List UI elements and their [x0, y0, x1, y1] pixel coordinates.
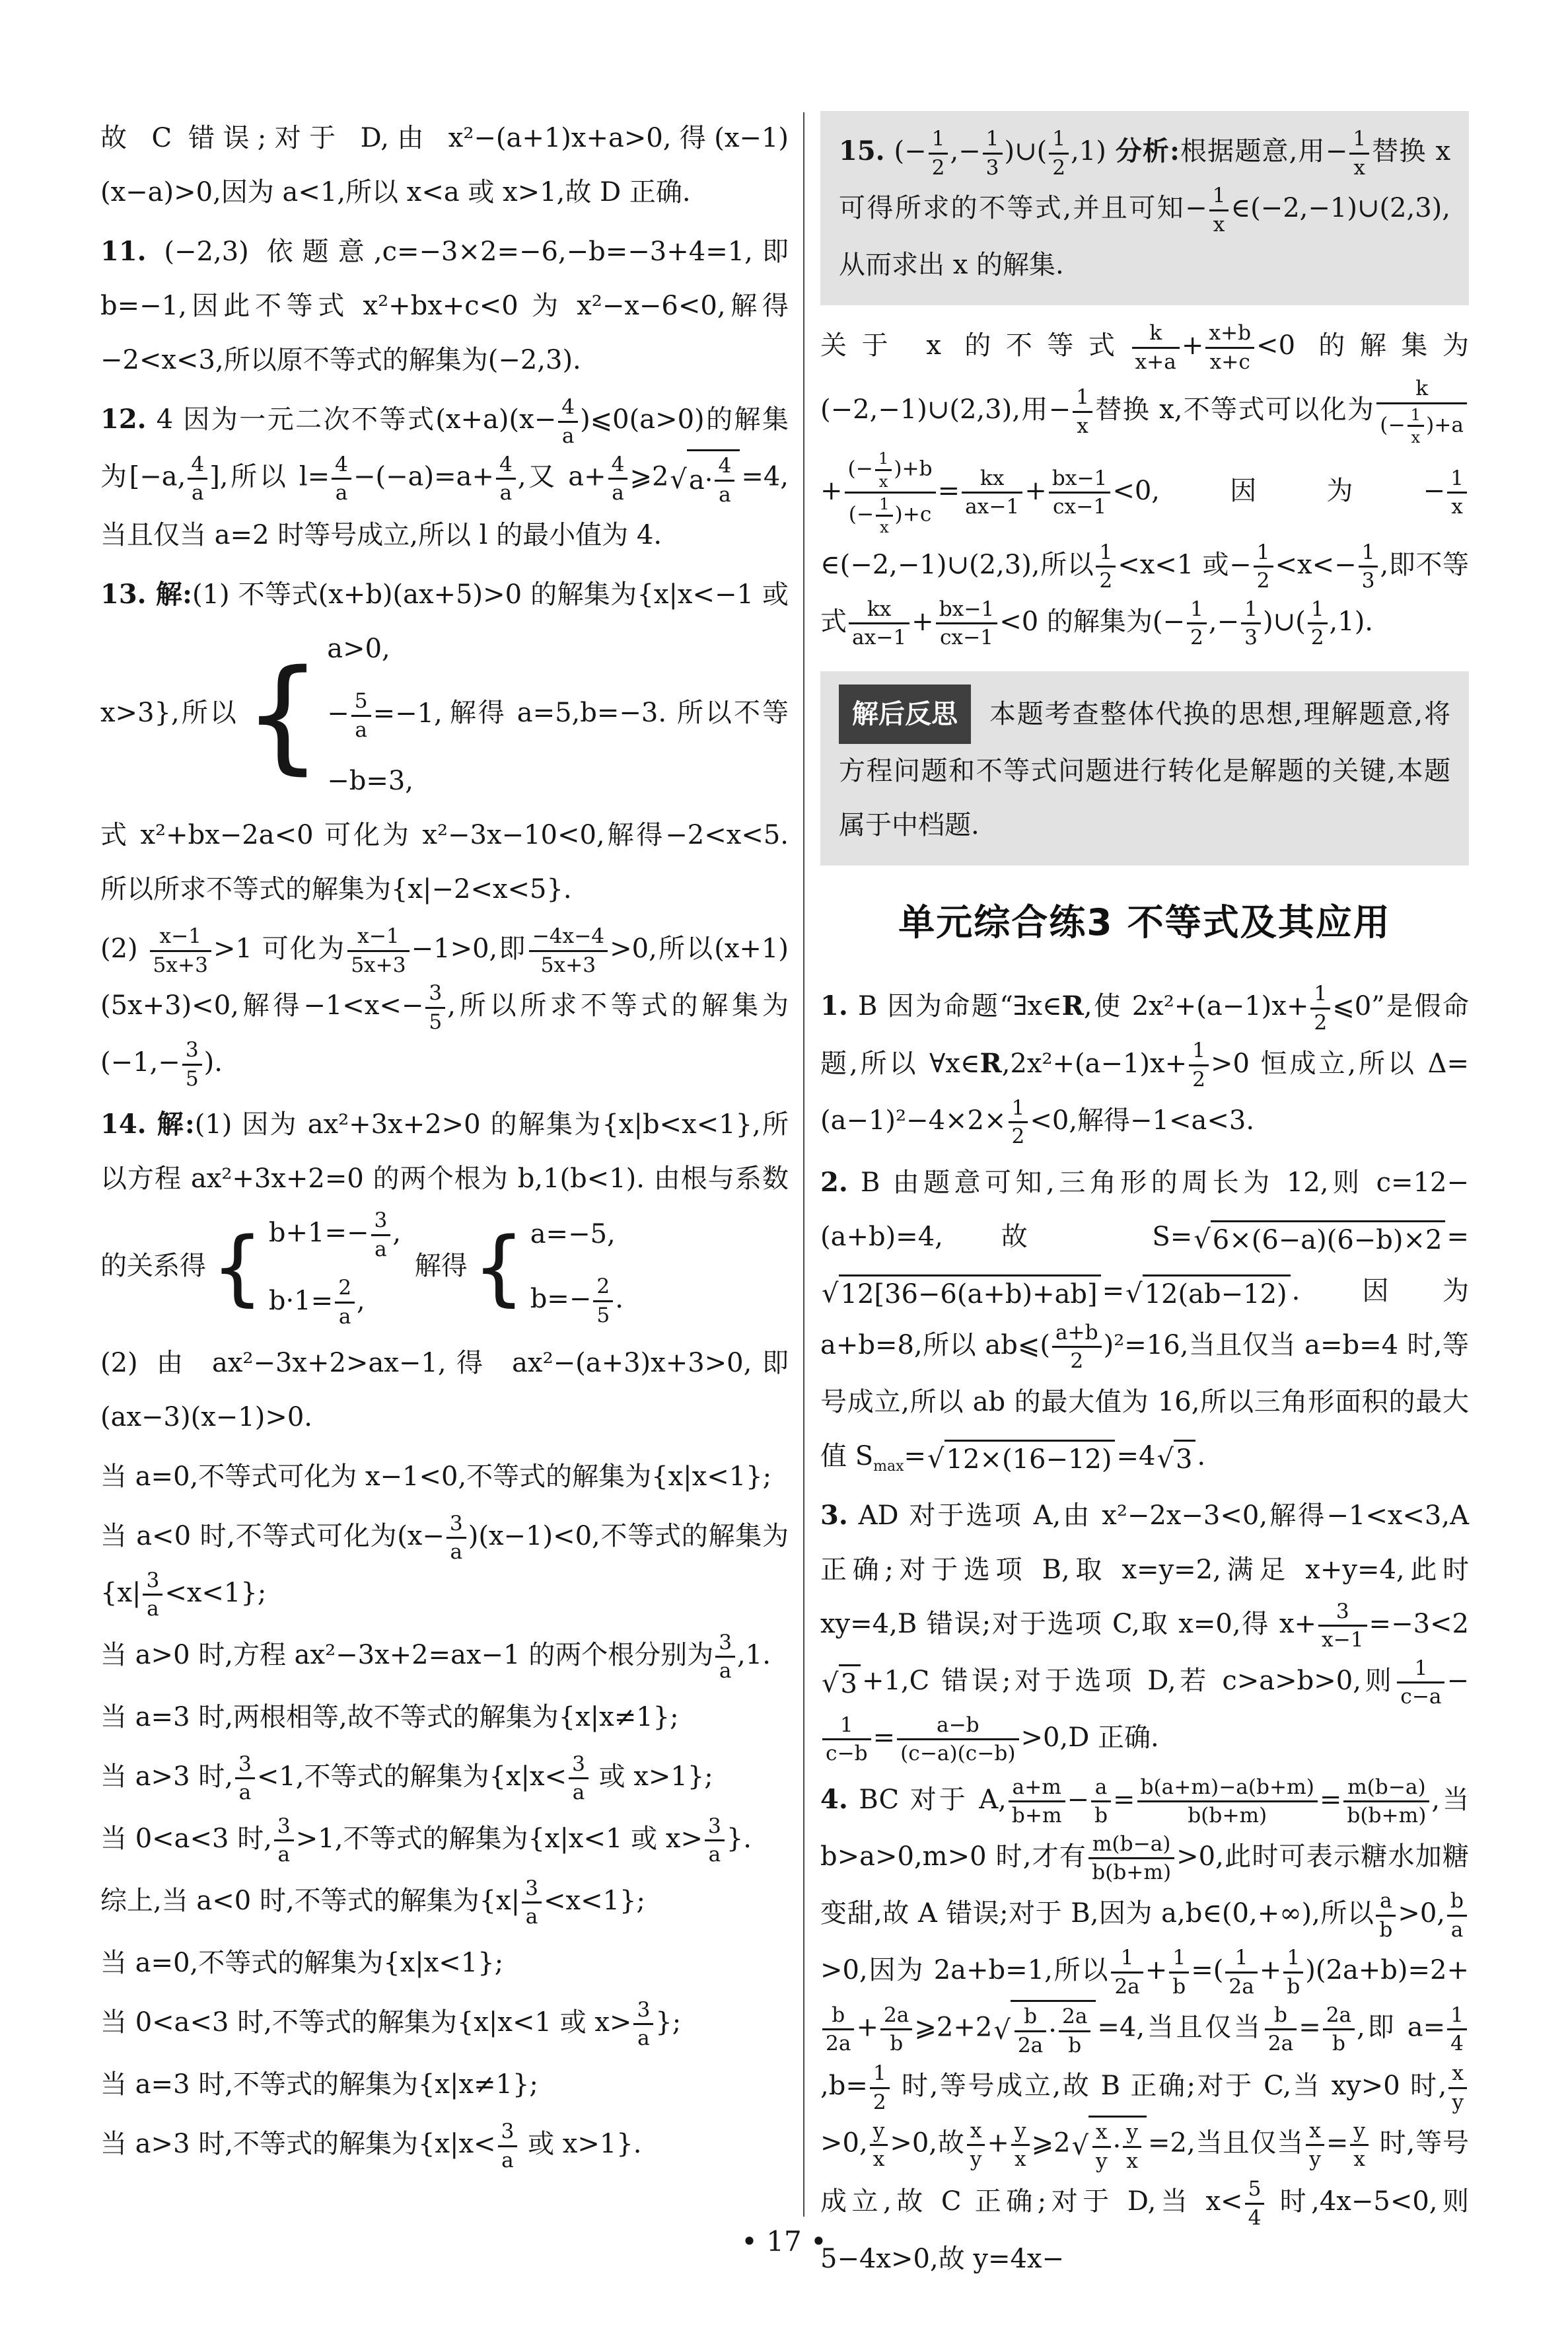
fraction: x−15x+3 [150, 923, 211, 978]
fraction: ba [1447, 1888, 1467, 1943]
fraction: 1x [1073, 384, 1092, 439]
paragraph: 4. BC 对于 A,a+mb+m−ab=b(a+m)−a(b+m)b(b+m)… [820, 1773, 1469, 2286]
fraction: a+mb+m [1009, 1774, 1065, 1829]
fraction: 12 [1009, 1095, 1028, 1150]
fraction: 3a [235, 1751, 255, 1806]
fraction: 3a [569, 1751, 588, 1806]
section-heading: 单元综合练3 不等式及其应用 [820, 885, 1469, 960]
fraction: 12 [1254, 539, 1273, 595]
fraction: yx [1011, 2118, 1030, 2173]
paragraph: 当 a=3 时,不等式的解集为{x|x≠1}; [100, 2057, 789, 2112]
fraction: x+bx+c [1205, 320, 1254, 375]
paragraph: 当 0<a<3 时,不等式的解集为{x|x<1 或 x>3a}; [100, 1995, 789, 2052]
fraction: 5a [351, 688, 371, 743]
right-column: 15. (−12,−13)∪(12,1) 分析:根据题意,用−1x替换 x 可得… [820, 111, 1469, 2291]
paragraph: 当 a<0 时,不等式可化为(x−3a)(x−1)<0,不等式的解集为{x|3a… [100, 1509, 789, 1623]
equation-system: {a>0,−5a=−1,−b=3, [244, 622, 443, 808]
fraction: 12 [1310, 980, 1330, 1036]
fraction: 12 [1189, 1037, 1209, 1093]
fraction: xy [1448, 2060, 1467, 2116]
paragraph: 11. (−2,3) 依题意,c=−3×2=−6,−b=−3+4=1,即 b=−… [100, 225, 789, 387]
fraction: 35 [182, 1037, 202, 1092]
fraction: 1c−a [1397, 1655, 1444, 1711]
fraction: 1x [1349, 126, 1369, 181]
reflection-box: 解后反思本题考查整体代换的思想,理解题意,将方程问题和不等式问题进行转化是解题的… [820, 671, 1469, 866]
fraction: 13 [1359, 539, 1378, 595]
fraction: 12a [1111, 1944, 1143, 2000]
paragraph: 当 0<a<3 时,3a>1,不等式的解集为{x|x<1 或 x>3a}. [100, 1812, 789, 1868]
square-root: √12[36−6(a+b)+ab] [822, 1274, 1101, 1311]
fraction: b2a [1015, 2003, 1046, 2059]
paragraph: 12. 4 因为一元二次不等式(x+a)(x−4a)⩽0(a>0)的解集为[−a… [100, 392, 789, 562]
fraction: 3a [715, 1629, 735, 1685]
paragraph: 1. B 因为命题“∃x∈R,使 2x²+(a−1)x+12⩽0”是假命题,所以… [820, 979, 1469, 1150]
fraction: 4a [332, 451, 351, 507]
paragraph: 当 a>0 时,方程 ax²−3x+2=ax−1 的两个根分别为3a,1. [100, 1628, 789, 1685]
equation-system: {b+1=−3a,b·1=2a, [211, 1206, 401, 1330]
fraction: 12 [1187, 596, 1207, 651]
fraction: 4a [558, 394, 578, 449]
left-column: 故 C 错误;对于 D,由 x²−(a+1)x+a>0,得(x−1)(x−a)>… [100, 111, 789, 2179]
fraction: 12 [1308, 596, 1328, 651]
fraction: b2a [822, 2002, 854, 2057]
square-root: √12(ab−12) [1125, 1274, 1290, 1311]
fraction: ab [1091, 1774, 1111, 1829]
fraction: 1b [1169, 1944, 1189, 2000]
paragraph: (2) 由 ax²−3x+2>ax−1,得 ax²−(a+3)x+3>0,即(a… [100, 1336, 789, 1444]
fraction: xy [967, 2118, 985, 2173]
paragraph: 当 a>3 时,3a<1,不等式的解集为{x|x<3a 或 x>1}; [100, 1750, 789, 1806]
fraction: 1x [875, 448, 892, 492]
square-root: √b2a·2ab [993, 2000, 1096, 2059]
paragraph: 当 a=0,不等式的解集为{x|x<1}; [100, 1936, 789, 1990]
fraction: kxax−1 [849, 596, 909, 651]
column-divider [803, 112, 804, 2217]
fraction: 4a [608, 451, 628, 507]
fraction: yx [1350, 2118, 1369, 2173]
paragraph: 综上,当 a<0 时,不等式的解集为{x|3a<x<1}; [100, 1874, 789, 1931]
fraction: 1b [1283, 1944, 1303, 2000]
fraction: m(b−a)b(b+m) [1088, 1831, 1174, 1886]
square-root: √a·4a [670, 449, 740, 508]
fraction: a−b(c−a)(c−b) [897, 1712, 1018, 1767]
analysis-box: 15. (−12,−13)∪(12,1) 分析:根据题意,用−1x替换 x 可得… [820, 111, 1469, 305]
paragraph: 当 a=3 时,两根相等,故不等式的解集为{x|x≠1}; [100, 1690, 789, 1744]
fraction: 2ab [880, 2002, 912, 2057]
fraction: 13 [983, 126, 1003, 181]
fraction: 4a [188, 451, 207, 507]
paragraph: 当 a>3 时,不等式的解集为{x|x<3a 或 x>1}. [100, 2117, 789, 2174]
fraction: 3a [371, 1207, 391, 1263]
fraction: bx−1cx−1 [1049, 465, 1111, 521]
fraction: 1x [1408, 404, 1424, 448]
fraction: 3a [522, 1875, 542, 1931]
fraction: 1x [876, 494, 892, 537]
fraction: 25 [593, 1273, 613, 1329]
fraction: 13 [1241, 596, 1261, 651]
paragraph: 关于 x 的不等式kx+a+x+bx+c<0 的解集为(−2,−1)∪(2,3)… [820, 318, 1469, 651]
fraction: 2ab [1323, 2002, 1355, 2057]
workbook-page: 故 C 错误;对于 D,由 x²−(a+1)x+a>0,得(x−1)(x−a)>… [0, 0, 1568, 2325]
fraction: xy [1092, 2119, 1111, 2174]
fraction: 3a [274, 1813, 294, 1868]
square-root: √3 [1157, 1440, 1195, 1476]
fraction: −4x−45x+3 [529, 923, 608, 978]
reflection-label: 解后反思 [839, 684, 971, 744]
fraction: kxax−1 [962, 465, 1022, 521]
fraction: 3a [143, 1567, 162, 1623]
fraction: 2ab [1059, 2003, 1090, 2059]
paragraph: 13. 解:(1) 不等式(x+b)(ax+5)>0 的解集为{x|x<−1 或… [100, 568, 789, 916]
fraction: 12a [1225, 1944, 1257, 2000]
paragraph: 2. B 由题意可知,三角形的周长为 12,则 c=12−(a+b)=4,故 S… [820, 1156, 1469, 1483]
fraction: xy [1306, 2118, 1324, 2173]
fraction: x−15x+3 [347, 923, 409, 978]
square-root: √xy·yx [1072, 2116, 1147, 2174]
fraction: 14 [1447, 2002, 1467, 2057]
fraction: 1x [1209, 182, 1229, 238]
fraction: 3a [498, 2118, 518, 2174]
fraction: ab [1376, 1888, 1396, 1943]
page-number: • 17 • [0, 2225, 1568, 2258]
equation-system: {a=−5,b=−25. [473, 1207, 624, 1329]
fraction: bx−1cx−1 [936, 596, 998, 651]
fraction: 1x [1447, 465, 1467, 521]
fraction: a+b2 [1052, 1319, 1102, 1375]
fraction: 3a [446, 1510, 466, 1566]
fraction: 12 [929, 126, 948, 181]
fraction: 4a [496, 451, 516, 507]
fraction: k(−1x)+a [1376, 375, 1467, 448]
fraction: 54 [1245, 2176, 1265, 2231]
fraction: (−1x)+b(−1x)+c [845, 448, 936, 538]
fraction: 35 [425, 980, 445, 1035]
fraction: 2a [335, 1274, 355, 1330]
fraction: 3a [705, 1813, 725, 1868]
fraction: 3a [633, 1997, 653, 2052]
fraction: kx+a [1132, 320, 1180, 375]
fraction: m(b−a)b(b+m) [1343, 1774, 1429, 1829]
square-root: √12×(16−12) [927, 1440, 1115, 1476]
fraction: yx [870, 2118, 888, 2173]
paragraph: 当 a=0,不等式可化为 x−1<0,不等式的解集为{x|x<1}; [100, 1450, 789, 1504]
fraction: 4a [715, 453, 734, 508]
fraction: 3x−1 [1318, 1598, 1367, 1654]
paragraph: 14. 解:(1) 因为 ax²+3x+2>0 的解集为{x|b<x<1},所以… [100, 1097, 789, 1330]
square-root: √3 [822, 1664, 861, 1701]
fraction: 12 [870, 2060, 890, 2116]
paragraph: 故 C 错误;对于 D,由 x²−(a+1)x+a>0,得(x−1)(x−a)>… [100, 111, 789, 219]
fraction: 12 [1096, 539, 1116, 595]
fraction: yx [1123, 2119, 1141, 2174]
fraction: 12 [1049, 126, 1069, 181]
square-root: √6×(6−a)(6−b)×2 [1194, 1220, 1445, 1257]
fraction: 1c−b [822, 1712, 871, 1767]
paragraph: (2) x−15x+3>1 可化为x−15x+3−1>0,即−4x−45x+3>… [100, 922, 789, 1092]
fraction: b(a+m)−a(b+m)b(b+m) [1137, 1774, 1318, 1829]
fraction: b2a [1265, 2002, 1297, 2057]
paragraph: 3. AD 对于选项 A,由 x²−2x−3<0,解得−1<x<3,A 正确;对… [820, 1489, 1469, 1767]
